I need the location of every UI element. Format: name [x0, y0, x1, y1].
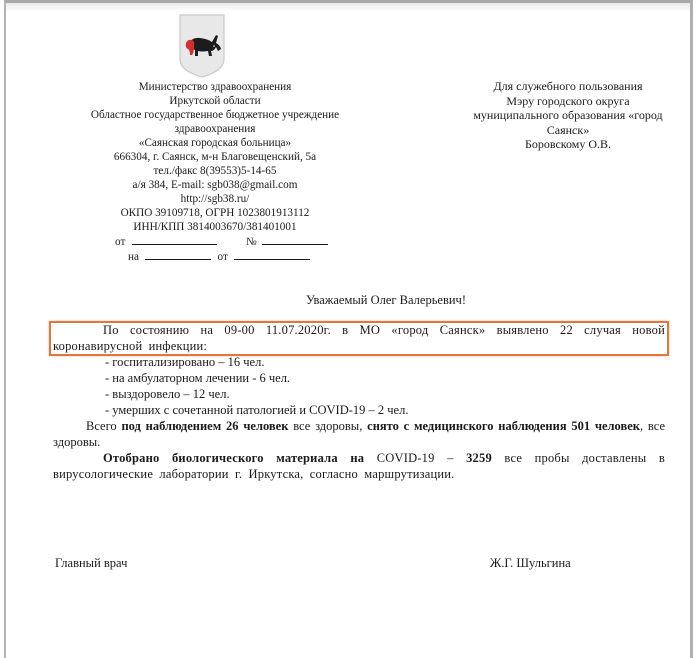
observation-count: под наблюдением 26 человек [121, 419, 288, 433]
letterhead-region: Иркутской области [60, 94, 370, 108]
ref-from-label-2: от [218, 251, 228, 263]
status-paragraph: По состоянию на 09-00 11.07.2020г. в МО … [53, 322, 665, 354]
samples-mid: COVID-19 – [364, 451, 466, 465]
letterhead-address: 666304, г. Саянск, м-н Благовещенский, 5… [60, 150, 370, 164]
addressee-classification: Для служебного пользования [470, 79, 666, 94]
irkutsk-coat-of-arms-icon [178, 13, 226, 79]
ref-number-blank [262, 234, 328, 245]
observation-released: снято с медицинского наблюдения 501 чело… [367, 419, 640, 433]
letterhead-website: http://sgb38.ru/ [60, 192, 370, 206]
addressee-name: Боровскому О.В. [470, 137, 666, 152]
letterhead-institution-type: Областное государственное бюджетное учре… [60, 108, 370, 122]
stat-outpatient: - на амбулаторном лечении - 6 чел. [53, 370, 665, 386]
letterhead: Министерство здравоохранения Иркутской о… [60, 80, 370, 264]
ref-on-blank [145, 249, 211, 260]
observation-prefix: Всего [86, 419, 121, 433]
reference-line-1: от № [60, 234, 370, 249]
letterhead-phone: тел./факс 8(39553)5-14-65 [60, 164, 370, 178]
ref-number-label: № [246, 236, 257, 248]
samples-count: 3259 [466, 451, 492, 465]
reference-line-2: на от [60, 249, 370, 264]
letterhead-hospital-name: «Саянская городская больница» [60, 136, 370, 150]
observation-mid: все здоровы, [288, 419, 367, 433]
samples-label: Отобрано биологического материала на [103, 451, 364, 465]
letterhead-institution-type-2: здравоохранения [60, 122, 370, 136]
ref-date-blank [132, 234, 217, 245]
letter-body: По состоянию на 09-00 11.07.2020г. в МО … [53, 322, 665, 482]
stat-hospitalized: - госпитализировано – 16 чел. [53, 354, 665, 370]
addressee-block: Для служебного пользования Мэру городско… [470, 79, 666, 152]
addressee-title: Мэру городского округа [470, 94, 666, 109]
signature-name: Ж.Г. Шульгина [490, 556, 571, 571]
stat-recovered: - выздоровело – 12 чел. [53, 386, 665, 402]
ref-from-blank-2 [234, 249, 310, 260]
observation-paragraph: Всего под наблюдением 26 человек все здо… [53, 418, 665, 450]
ref-from-label: от [115, 236, 125, 248]
stat-deceased: - умерших с сочетанной патологией и COVI… [53, 402, 665, 418]
letterhead-ministry: Министерство здравоохранения [60, 80, 370, 94]
addressee-city: Саянск» [470, 123, 666, 138]
signature-title: Главный врач [55, 556, 127, 571]
ref-on-label: на [128, 251, 139, 263]
letterhead-email: а/я 384, E-mail: sgb038@gmail.com [60, 178, 370, 192]
greeting: Уважаемый Олег Валерьевич! [0, 293, 700, 308]
addressee-municipality: муниципального образования «город [458, 108, 678, 123]
letterhead-inn-kpp: ИНН/КПП 3814003670/381401001 [60, 220, 370, 234]
letterhead-okpo-ogrn: ОКПО 39109718, ОГРН 1023801913112 [60, 206, 370, 220]
samples-paragraph: Отобрано биологического материала на COV… [53, 450, 665, 482]
